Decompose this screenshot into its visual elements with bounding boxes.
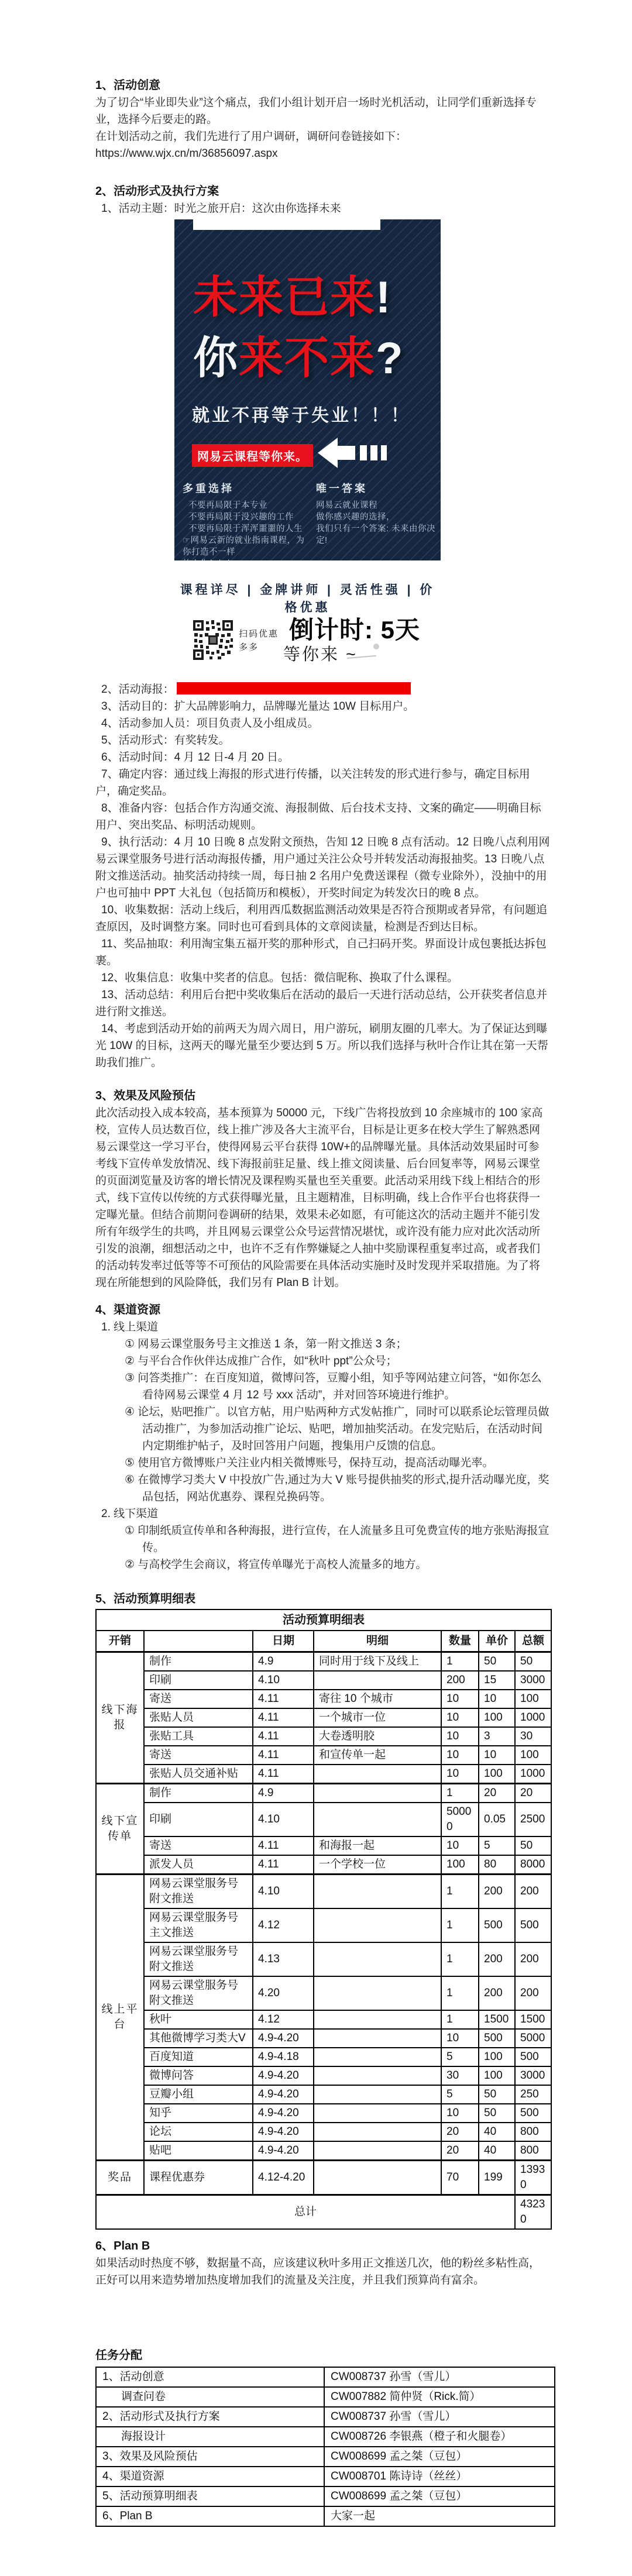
online-channel-item: ③ 问答类推广：在百度知道，微博问答，豆瓣小组，知乎等网站建立问答，“如你怎么看… <box>125 1370 550 1404</box>
table-cell: 100 <box>479 1708 515 1727</box>
wait-for-you-text: 等你来 ~ <box>283 641 358 665</box>
table-cell: 一个城市一位 <box>314 1708 441 1727</box>
table-cell <box>314 2010 441 2029</box>
table-cell: 奖品 <box>96 2161 144 2195</box>
table-cell: 4.11 <box>253 1727 314 1746</box>
table-total-row: 总计43230 <box>96 2195 551 2230</box>
table-row: 微博问答4.9-4.20301003000 <box>96 2066 551 2085</box>
table-cell: 15 <box>479 1671 515 1690</box>
table-cell: 10 <box>441 2104 479 2123</box>
table-cell: 250 <box>515 2085 551 2104</box>
table-row: 寄送4.11寄往 10 个城市1010100 <box>96 1690 551 1708</box>
table-cell: 百度知道 <box>144 2048 253 2066</box>
table-cell <box>314 2048 441 2066</box>
table-cell: 总额 <box>515 1631 551 1652</box>
left-column-item: 不要再局限于本专业 <box>188 500 312 511</box>
table-cell: 总计 <box>96 2195 515 2230</box>
table-cell <box>314 2104 441 2123</box>
right-column-item: 做你感兴趣的选择， <box>316 511 441 523</box>
table-cell: 1 <box>441 1908 479 1942</box>
table-cell: 1 <box>441 1784 479 1803</box>
table-cell: 43230 <box>515 2195 551 2230</box>
table-cell <box>314 1875 441 1909</box>
poster-slogan: 就业不再等于失业！！！ <box>192 401 411 427</box>
table-cell: 10 <box>441 1690 479 1708</box>
poster-brand-tag: 网易云课程等你来。 <box>192 444 313 467</box>
table-cell: 100 <box>515 1690 551 1708</box>
table-cell: 3 <box>479 1727 515 1746</box>
table-row: 线上平台网易云课堂服务号附文推送4.101200200 <box>96 1875 551 1909</box>
table-cell: 网易云课堂服务号附文推送 <box>144 1875 253 1909</box>
table-cell: 4.11 <box>253 1765 314 1784</box>
table-cell: 20 <box>515 1784 551 1803</box>
table-cell: 10 <box>441 1836 479 1855</box>
table-row: 派发人员4.11一个学校一位100808000 <box>96 1855 551 1875</box>
online-channel-item: ② 与平台合作伙伴达成推广合作，如“秋叶 ppt”公众号； <box>125 1353 550 1370</box>
right-column-item: 我们只有一个答案: 未来由你决定! <box>316 523 441 546</box>
section6-title: 6、Plan B <box>95 2238 550 2255</box>
table-row: 论坛4.9-4.202040800 <box>96 2123 551 2141</box>
table-cell: 50000 <box>441 1803 479 1836</box>
table-cell <box>314 1765 441 1784</box>
table-cell <box>314 2029 441 2048</box>
section1-paragraph: 为了切合“毕业即失业”这个痛点，我们小组计划开启一场时光机活动，让同学们重新选择… <box>95 94 550 128</box>
left-column-item: ☞网易云新的就业指南课程，为你打造不一样 <box>183 535 312 558</box>
online-channel-item: ⑤ 使用官方微博账户关注业内相关微博账号，保持互动，提高活动曝光率。 <box>125 1454 550 1471</box>
table-cell: 寄送 <box>144 1746 253 1765</box>
table-cell: 4.12 <box>253 2010 314 2029</box>
table-cell: 100 <box>479 2066 515 2085</box>
poster-columns: 多重选择 不要再局限于本专业 不要再局限于没兴趣的工作 不要再局限于浑浑噩噩的人… <box>174 480 441 570</box>
online-channels-label: 1. 线上渠道 <box>101 1319 550 1336</box>
table-cell: 50 <box>479 2104 515 2123</box>
table-cell: 30 <box>441 2066 479 2085</box>
table-row: 张贴工具4.11大卷透明胶10330 <box>96 1727 551 1746</box>
section2-item: 14、考虑到活动开始的前两天为周六周日，用户游玩，刷朋友圈的几率大。为了保证达到… <box>95 1020 550 1071</box>
table-cell: 1 <box>441 1875 479 1909</box>
section2-item: 7、确定内容：通过线上海报的形式进行传播，以关注转发的形式进行参与，确定目标用户… <box>95 766 550 800</box>
table-cell: CW008737 孙雪（雪儿） <box>324 2367 555 2387</box>
table-cell: 论坛 <box>144 2123 253 2141</box>
poster-label-line: 2、活动海报： <box>95 681 550 698</box>
table-cell: 500 <box>515 2048 551 2066</box>
table-cell: 200 <box>479 1875 515 1909</box>
table-cell: 线下宣传单 <box>96 1784 144 1875</box>
table-cell: 4.20 <box>253 1976 314 2010</box>
table-cell <box>314 2123 441 2141</box>
table-header-row: 开销日期明细数量单价总额 <box>96 1631 551 1652</box>
table-cell: 0.05 <box>479 1803 515 1836</box>
table-row: 网易云课堂服务号附文推送4.131200200 <box>96 1942 551 1976</box>
table-row: 其他微博学习类大V4.9-4.20105005000 <box>96 2029 551 2048</box>
poster-features-line: 课程详尽 | 金牌讲师 | 灵活性强 | 价格优惠 <box>174 580 441 615</box>
table-row: 海报设计CW008726 李银燕（橙子和火腿卷） <box>96 2427 555 2447</box>
table-cell: CW008726 李银燕（橙子和火腿卷） <box>324 2427 555 2447</box>
table-row: 寄送4.11和海报一起10550 <box>96 1836 551 1855</box>
table-cell: 1000 <box>515 1708 551 1727</box>
section2-item: 4、活动参加人员：项目负责人及小组成员。 <box>95 715 550 732</box>
poster-dark-panel: 未来已来! 你来不来? 就业不再等于失业！！！ 网易云课程等你来。 多重选择 不 <box>174 219 441 560</box>
table-cell: 4.11 <box>253 1746 314 1765</box>
left-arrow-icon <box>318 437 388 473</box>
table-cell: 40 <box>479 2141 515 2161</box>
section4-title: 4、渠道资源 <box>95 1302 550 1319</box>
table-cell: 制作 <box>144 1652 253 1672</box>
table-cell: 10 <box>479 1690 515 1708</box>
table-row: 贴吧4.9-4.202040800 <box>96 2141 551 2161</box>
table-cell: 100 <box>515 1746 551 1765</box>
table-cell: 和海报一起 <box>314 1836 441 1855</box>
table-cell: 1、活动创意 <box>96 2367 324 2387</box>
table-cell: 4.11 <box>253 1708 314 1727</box>
section2-item: 11、奖品抽取：利用淘宝集五福开奖的那种形式，自己扫码开奖。界面设计成包裹抵达拆… <box>95 936 550 969</box>
table-cell: 20 <box>441 2123 479 2141</box>
table-cell: CW008737 孙雪（雪儿） <box>324 2407 555 2427</box>
table-cell: 200 <box>515 1875 551 1909</box>
table-cell: 张贴人员 <box>144 1708 253 1727</box>
table-cell: 4.12 <box>253 1908 314 1942</box>
table-cell: 其他微博学习类大V <box>144 2029 253 2048</box>
table-cell <box>314 1803 441 1836</box>
section2-item: 3、活动目的：扩大品牌影响力，品牌曝光量达 10W 目标用户。 <box>95 698 550 715</box>
offline-channel-item: ② 与高校学生会商议，将宣传单曝光于高校人流量多的地方。 <box>125 1556 550 1573</box>
table-cell: 和宣传单一起 <box>314 1746 441 1765</box>
table-cell: 800 <box>515 2141 551 2161</box>
table-cell: 200 <box>441 1671 479 1690</box>
table-cell: 800 <box>515 2123 551 2141</box>
document-page: 1、活动创意 为了切合“毕业即失业”这个痛点，我们小组计划开启一场时光机活动，让… <box>0 0 632 2576</box>
table-cell: CW008701 陈诗诗（丝丝） <box>324 2467 555 2486</box>
table-cell: 10 <box>441 2029 479 2048</box>
table-row: 张贴人员交通补贴4.11101001000 <box>96 1765 551 1784</box>
table-cell: 开销 <box>96 1631 144 1652</box>
table-row: 知乎4.9-4.201050500 <box>96 2104 551 2123</box>
section3-paragraph: 此次活动投入成本较高，基本预算为 50000 元，下线广告将投放到 10 余座城… <box>95 1105 550 1291</box>
left-column-item: 不要再局限于没兴趣的工作 <box>188 511 312 523</box>
table-cell: 13930 <box>515 2161 551 2195</box>
table-cell: 3000 <box>515 1671 551 1690</box>
table-cell: 200 <box>479 1976 515 2010</box>
table-cell: 4.9-4.18 <box>253 2048 314 2066</box>
table-cell: 500 <box>515 2104 551 2123</box>
table-row: 网易云课堂服务号附文推送4.201200200 <box>96 1976 551 2010</box>
table-cell: 张贴人员交通补贴 <box>144 1765 253 1784</box>
table-row: 寄送4.11和宣传单一起1010100 <box>96 1746 551 1765</box>
table-cell <box>314 2085 441 2104</box>
left-column-item: 不要再局限于浑浑噩噩的人生 <box>188 523 312 535</box>
section2-item: 10、收集数据：活动上线后，利用西瓜数据监测活动效果是否符合预期或者异常，有问题… <box>95 902 550 936</box>
right-column-item: 网易云就业课程 <box>316 500 441 511</box>
table-cell <box>314 1671 441 1690</box>
table-cell: 日期 <box>253 1631 314 1652</box>
online-channel-item: ⑥ 在微博学习类大 V 中投放广告,通过为大 V 账号提供抽奖的形式,提升活动曝… <box>125 1471 550 1505</box>
table-cell: 4.9-4.20 <box>253 2066 314 2085</box>
table-cell: 4.9-4.20 <box>253 2085 314 2104</box>
section1-survey-intro: 在计划活动之前，我们先进行了用户调研，调研问卷链接如下： <box>95 128 550 145</box>
table-cell: 500 <box>515 1908 551 1942</box>
table-cell: CW008699 孟之桀（豆包） <box>324 2447 555 2467</box>
table-cell: 4.11 <box>253 1855 314 1875</box>
table-cell: 印刷 <box>144 1803 253 1836</box>
countdown-text: 倒计时: 5天 <box>289 611 420 646</box>
pin-icon <box>373 644 379 649</box>
table-cell: 4.10 <box>253 1803 314 1836</box>
offline-channels-label: 2. 线下渠道 <box>101 1505 550 1522</box>
table-cell: 10 <box>441 1746 479 1765</box>
section2-item: 13、活动总结：利用后台把中奖收集后在活动的最后一天进行活动总结，公开获奖者信息… <box>95 986 550 1020</box>
table-row: 百度知道4.9-4.185100500 <box>96 2048 551 2066</box>
poster-headline-2: 你来不来? <box>193 336 404 381</box>
table-cell: 500 <box>479 1908 515 1942</box>
online-channel-item: ④ 论坛，贴吧推广。以官方帖，用户贴两种方式发帖推广，同时可以联系论坛管理员做活… <box>125 1404 550 1454</box>
table-cell: 张贴工具 <box>144 1727 253 1746</box>
right-column-title: 唯一答案 <box>316 480 441 496</box>
table-cell: 2500 <box>515 1803 551 1836</box>
table-cell <box>314 1976 441 2010</box>
section6-paragraph: 如果活动时热度不够，数据量不高，应该建议秋叶多用正文推送几次，他的粉丝多粘性高，… <box>95 2255 550 2289</box>
table-row: 线下宣传单制作4.912020 <box>96 1784 551 1803</box>
table-cell: 1 <box>441 1652 479 1672</box>
table-title-row: 活动预算明细表 <box>96 1609 551 1631</box>
table-row: 1、活动创意CW008737 孙雪（雪儿） <box>96 2367 555 2387</box>
table-cell: 50 <box>515 1652 551 1672</box>
table-cell <box>314 1942 441 1976</box>
table-cell: 10 <box>441 1708 479 1727</box>
table-cell: 课程优惠券 <box>144 2161 253 2195</box>
table-cell: 一个学校一位 <box>314 1855 441 1875</box>
table-row: 印刷4.10200153000 <box>96 1671 551 1690</box>
poster-top-notch <box>193 219 380 230</box>
table-cell: 6、Plan B <box>96 2506 324 2526</box>
survey-link[interactable]: https://www.wjx.cn/m/36856097.aspx <box>95 147 278 160</box>
tasks-title: 任务分配 <box>95 2347 550 2364</box>
table-cell: 4.9-4.20 <box>253 2029 314 2048</box>
table-cell: 大卷透明胶 <box>314 1727 441 1746</box>
table-cell: 豆瓣小组 <box>144 2085 253 2104</box>
table-cell: 20 <box>479 1784 515 1803</box>
poster-right-column: 唯一答案 网易云就业课程 做你感兴趣的选择， 我们只有一个答案: 未来由你决定! <box>312 480 441 570</box>
table-cell: 3、效果及风险预估 <box>96 2447 324 2467</box>
task-assignment-table: 1、活动创意CW008737 孙雪（雪儿）调查问卷CW007882 简仲贤（Ri… <box>95 2367 555 2527</box>
table-cell: 200 <box>515 1942 551 1976</box>
table-cell: 4.11 <box>253 1690 314 1708</box>
table-cell: 4.11 <box>253 1836 314 1855</box>
table-cell: 10 <box>441 1765 479 1784</box>
table-cell <box>144 1631 253 1652</box>
table-row: 线下海报制作4.9同时用于线下及线上15050 <box>96 1652 551 1672</box>
table-row: 5、活动预算明细表CW008699 孟之桀（豆包） <box>96 2486 555 2506</box>
table-row: 2、活动形式及执行方案CW008737 孙雪（雪儿） <box>96 2407 555 2427</box>
table-cell: 4.9 <box>253 1784 314 1803</box>
table-cell: 4.9-4.20 <box>253 2123 314 2141</box>
table-cell: 8000 <box>515 1855 551 1875</box>
table-cell: 4.9-4.20 <box>253 2141 314 2161</box>
table-cell <box>314 2161 441 2195</box>
table-cell: 20 <box>441 2141 479 2161</box>
table-cell: 1500 <box>515 2010 551 2029</box>
table-cell: 寄送 <box>144 1836 253 1855</box>
table-row: 印刷4.10500000.052500 <box>96 1803 551 1836</box>
table-row: 秋叶4.12115001500 <box>96 2010 551 2029</box>
table-cell: 同时用于线下及线上 <box>314 1652 441 1672</box>
section2-item: 5、活动形式：有奖转发。 <box>95 732 550 749</box>
table-cell: 网易云课堂服务号主文推送 <box>144 1908 253 1942</box>
table-cell: 4.12-4.20 <box>253 2161 314 2195</box>
table-cell: 大家一起 <box>324 2506 555 2526</box>
table-row: 6、Plan B大家一起 <box>96 2506 555 2526</box>
table-cell: 单价 <box>479 1631 515 1652</box>
table-cell: 制作 <box>144 1784 253 1803</box>
table-cell: 知乎 <box>144 2104 253 2123</box>
table-cell: 4.10 <box>253 1875 314 1909</box>
qr-caption: 扫码优惠多多 <box>239 627 284 654</box>
table-row: 奖品课程优惠券4.12-4.207019913930 <box>96 2161 551 2195</box>
table-cell: 线下海报 <box>96 1652 144 1784</box>
table-row: 调查问卷CW007882 简仲贤（Rick.简） <box>96 2387 555 2407</box>
table-cell: 10 <box>479 1746 515 1765</box>
table-cell: 网易云课堂服务号附文推送 <box>144 1942 253 1976</box>
table-cell: 50 <box>515 1836 551 1855</box>
poster-headline-1: 未来已来! <box>193 276 391 320</box>
section1-title: 1、活动创意 <box>95 77 550 94</box>
table-cell: 100 <box>479 1765 515 1784</box>
table-cell: 1500 <box>479 2010 515 2029</box>
table-cell: 5000 <box>515 2029 551 2048</box>
table-row: 豆瓣小组4.9-4.20550250 <box>96 2085 551 2104</box>
section2-item: 6、活动时间：4 月 12 日-4 月 20 日。 <box>95 749 550 766</box>
table-cell: 网易云课堂服务号附文推送 <box>144 1976 253 2010</box>
table-cell: 500 <box>479 2029 515 2048</box>
table-cell: 1000 <box>515 1765 551 1784</box>
budget-table: 活动预算明细表开销日期明细数量单价总额线下海报制作4.9同时用于线下及线上150… <box>95 1609 552 2230</box>
section2-item: 12、收集信息：收集中奖者的信息。包括：微信昵称、换取了什么课程。 <box>95 969 550 986</box>
table-cell: 200 <box>515 1976 551 2010</box>
table-cell: 活动预算明细表 <box>96 1609 551 1631</box>
table-cell: 印刷 <box>144 1671 253 1690</box>
table-cell: 200 <box>479 1942 515 1976</box>
left-column-title: 多重选择 <box>183 480 312 496</box>
table-cell: 寄送 <box>144 1690 253 1708</box>
table-cell <box>314 1784 441 1803</box>
table-cell: 4.13 <box>253 1942 314 1976</box>
poster-label: 2、活动海报： <box>101 683 174 696</box>
table-cell: 1 <box>441 1976 479 2010</box>
table-cell: 明细 <box>314 1631 441 1652</box>
table-row: 网易云课堂服务号主文推送4.121500500 <box>96 1908 551 1942</box>
section3-title: 3、效果及风险预估 <box>95 1088 550 1105</box>
section2-item: 8、准备内容：包括合作方沟通交流、海报制做、后台技术支持、文案的确定——明确目标… <box>95 800 550 834</box>
activity-theme-line: 1、活动主题：时光之旅开启：这次由你选择未来 <box>95 200 550 217</box>
survey-link-line: https://www.wjx.cn/m/36856097.aspx <box>95 145 550 162</box>
online-channel-item: ① 网易云课堂服务号主文推送 1 条，第一附文推送 3 条； <box>125 1336 550 1353</box>
table-cell: 100 <box>479 2048 515 2066</box>
table-cell: 30 <box>515 1727 551 1746</box>
offline-channel-item: ① 印制纸质宣传单和各种海报，进行宣传，在人流量多且可免费宣传的地方张贴海报宣传… <box>125 1522 550 1556</box>
table-cell: 40 <box>479 2123 515 2141</box>
table-cell: 派发人员 <box>144 1855 253 1875</box>
table-cell <box>314 2066 441 2085</box>
table-cell: 50 <box>479 2085 515 2104</box>
section2-title: 2、活动形式及执行方案 <box>95 183 550 200</box>
table-cell: 贴吧 <box>144 2141 253 2161</box>
document-content: 1、活动创意 为了切合“毕业即失业”这个痛点，我们小组计划开启一场时光机活动，让… <box>0 0 550 2527</box>
table-cell: CW008699 孟之桀（豆包） <box>324 2486 555 2506</box>
poster-placeholder-bar <box>177 682 411 694</box>
table-cell: 数量 <box>441 1631 479 1652</box>
table-cell: 100 <box>441 1855 479 1875</box>
poster-left-column: 多重选择 不要再局限于本专业 不要再局限于没兴趣的工作 不要再局限于浑浑噩噩的人… <box>174 480 312 570</box>
table-cell: 1 <box>441 1942 479 1976</box>
table-row: 3、效果及风险预估CW008699 孟之桀（豆包） <box>96 2447 555 2467</box>
activity-poster: 未来已来! 你来不来? 就业不再等于失业！！！ 网易云课程等你来。 多重选择 不 <box>174 219 441 677</box>
table-row: 4、渠道资源CW008701 陈诗诗（丝丝） <box>96 2467 555 2486</box>
table-cell <box>314 1908 441 1942</box>
table-cell: 50 <box>479 1652 515 1672</box>
table-cell: 3000 <box>515 2066 551 2085</box>
table-cell: 5 <box>441 2085 479 2104</box>
table-cell: 80 <box>479 1855 515 1875</box>
table-row: 张贴人员4.11一个城市一位101001000 <box>96 1708 551 1727</box>
table-cell <box>314 2141 441 2161</box>
table-cell: 线上平台 <box>96 1875 144 2161</box>
poster-white-panel: 课程详尽 | 金牌讲师 | 灵活性强 | 价格优惠 <box>174 560 441 677</box>
table-cell: 199 <box>479 2161 515 2195</box>
table-cell: 1 <box>441 2010 479 2029</box>
section5-title: 5、活动预算明细表 <box>95 1591 550 1608</box>
table-cell: 4、渠道资源 <box>96 2467 324 2486</box>
table-cell: 调查问卷 <box>96 2387 324 2407</box>
table-cell: 微博问答 <box>144 2066 253 2085</box>
table-cell: 4.9 <box>253 1652 314 1672</box>
table-cell: 10 <box>441 1727 479 1746</box>
table-cell: 4.10 <box>253 1671 314 1690</box>
table-cell: 海报设计 <box>96 2427 324 2447</box>
table-cell: 秋叶 <box>144 2010 253 2029</box>
table-cell: 5 <box>479 1836 515 1855</box>
table-cell: 5 <box>441 2048 479 2066</box>
table-cell: 70 <box>441 2161 479 2195</box>
section2-item: 9、执行活动：4 月 10 日晚 8 点发附文预热，告知 12 日晚 8 点有活… <box>95 834 550 902</box>
table-cell: CW007882 简仲贤（Rick.简） <box>324 2387 555 2407</box>
table-cell: 5、活动预算明细表 <box>96 2486 324 2506</box>
table-cell: 寄往 10 个城市 <box>314 1690 441 1708</box>
table-cell: 4.9-4.20 <box>253 2104 314 2123</box>
table-cell: 2、活动形式及执行方案 <box>96 2407 324 2427</box>
qr-code-icon <box>192 619 234 664</box>
